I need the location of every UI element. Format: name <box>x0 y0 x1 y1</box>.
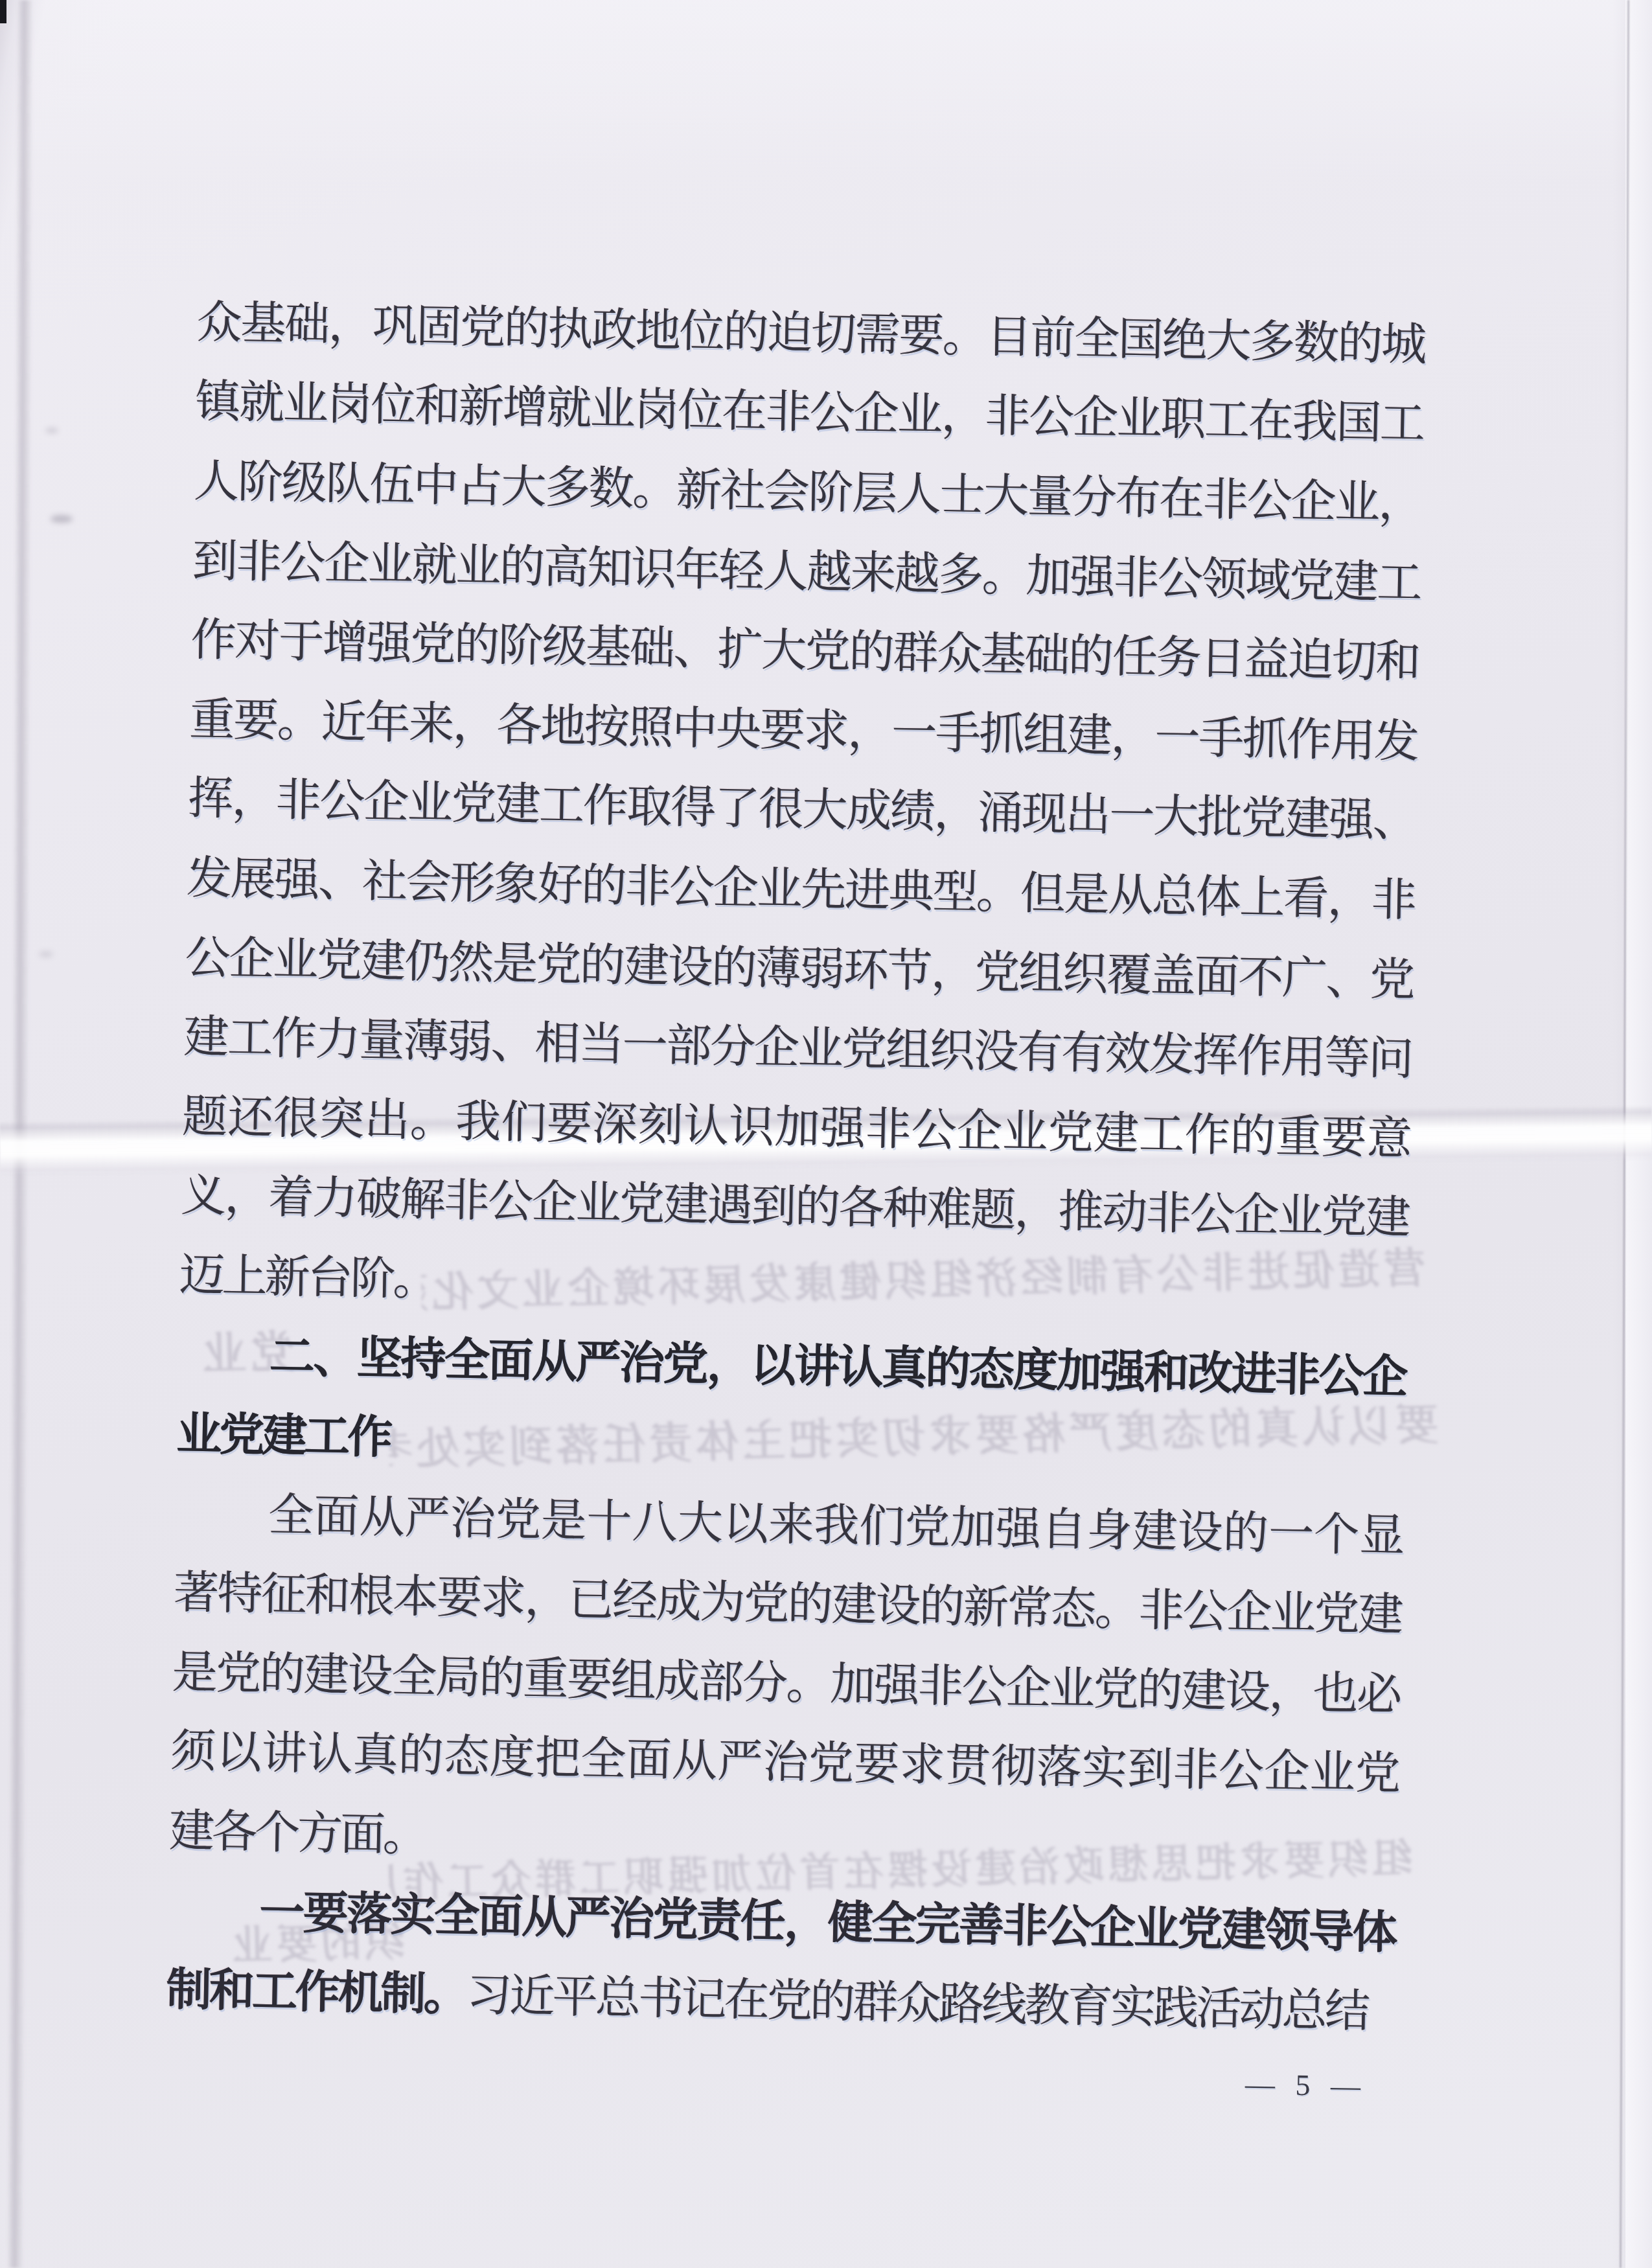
scanned-page: 党业营造促进非公有制经济组织健康发展环境企业文化建设要以认真的态度严格要求切实把… <box>0 0 1652 2268</box>
indent-spacer <box>168 1907 258 1908</box>
text-block: 众基础，巩固党的执政地位的迫切需要。目前全国绝大多数的城镇就业岗位和新增就业岗位… <box>166 279 1425 2048</box>
indent-spacer <box>175 1509 266 1511</box>
page-number: — 5 — <box>1245 2067 1368 2103</box>
indent-spacer <box>178 1351 269 1353</box>
